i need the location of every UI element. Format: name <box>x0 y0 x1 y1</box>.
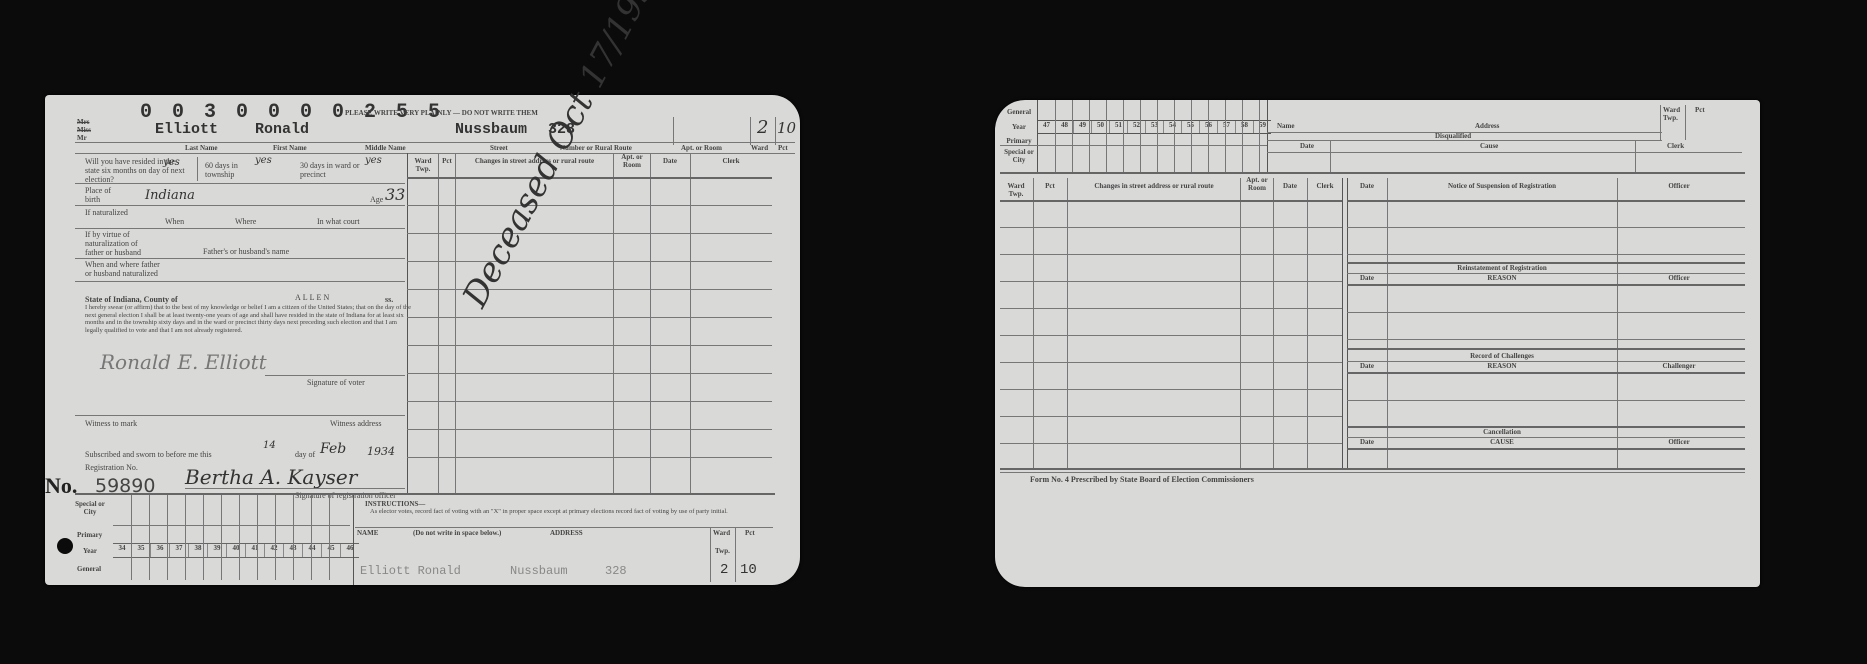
back-label-address: Address <box>1475 122 1499 130</box>
registration-card-front: 0 0 3 0 0 0 0 2 5 5 PLEASE WRITE VERY PL… <box>45 95 800 585</box>
label-when: When <box>165 217 184 226</box>
ward-value: 2 <box>757 117 768 138</box>
label-court: In what court <box>317 217 360 226</box>
front-header-ward-twp: Ward Twp. <box>409 157 437 173</box>
stub-street-value: Nussbaum <box>510 564 568 578</box>
challenges-date-label: Date <box>1349 362 1385 370</box>
label-ss: ss. <box>385 295 393 304</box>
year-cell: 40 <box>227 544 246 557</box>
label-pct: Pct <box>778 144 788 152</box>
label-state-county: State of Indiana, County of <box>85 295 178 304</box>
stub-number-value: 328 <box>605 564 627 578</box>
stub-ward-value: 2 <box>720 562 728 578</box>
first-name-value: Ronald <box>255 121 309 138</box>
age-value: 33 <box>385 185 405 204</box>
back-label-cause: Cause <box>1480 142 1498 150</box>
grid-label-primary: Primary <box>77 531 102 539</box>
oath-text: I hereby swear (or affirm) that to the b… <box>85 304 415 334</box>
stub-label-twp: Twp. <box>715 547 730 555</box>
resided-state-value: yes <box>163 157 180 168</box>
year-cell: 45 <box>322 544 341 557</box>
label-by-virtue: If by virtue of naturalization of father… <box>85 230 155 257</box>
year-cell: 37 <box>170 544 189 557</box>
stub-label-pct: Pct <box>745 529 755 537</box>
back-header-clerk: Clerk <box>1309 182 1341 190</box>
registration-card-back: General Year Primary Special or City 47 … <box>995 100 1760 587</box>
cancellation-date-label: Date <box>1349 438 1385 446</box>
stub-label-ward: Ward <box>713 529 730 537</box>
stub-label-name: NAME <box>357 529 378 537</box>
label-middle-name: Middle Name <box>365 144 406 152</box>
back-grid-label-year: Year <box>1003 123 1035 131</box>
stub-pct-value: 10 <box>740 562 757 578</box>
label-father-name: Father's or husband's name <box>203 247 289 256</box>
days-ward-value: yes <box>365 155 382 166</box>
back-label-ward-twp: Ward Twp. <box>1663 106 1685 122</box>
label-where: Where <box>235 217 256 226</box>
back-header-ward-twp: Ward Twp. <box>1001 182 1031 198</box>
year-cell: 44 <box>303 544 322 557</box>
year-cell: 34 <box>113 544 132 557</box>
back-grid-label-general: General <box>1003 108 1035 116</box>
challenges-reason-label: REASON <box>1389 362 1615 370</box>
grid-label-special: Special or City <box>75 500 105 516</box>
back-label-name: Name <box>1277 122 1295 130</box>
label-signature-voter: Signature of voter <box>307 378 365 387</box>
reinstatement-officer-label: Officer <box>1619 274 1739 282</box>
stub-label-no-write: (Do not write in space below.) <box>413 529 501 537</box>
stub-name-value: Elliott Ronald <box>360 564 461 578</box>
year-cell: 47 <box>1038 121 1056 133</box>
label-witness-address: Witness address <box>330 419 381 428</box>
year-cell: 56 <box>1200 121 1218 133</box>
back-grid-label-primary: Primary <box>1003 137 1035 145</box>
front-header-pct: Pct <box>439 157 455 165</box>
year-cell: 57 <box>1218 121 1236 133</box>
year-cell: 38 <box>189 544 208 557</box>
last-name-value: Elliott <box>155 121 218 138</box>
label-street: Street <box>490 144 508 152</box>
grid-label-year: Year <box>83 547 97 555</box>
year-cell: 50 <box>1092 121 1110 133</box>
sworn-month: Feb <box>320 441 346 457</box>
label-ward: Ward <box>751 144 768 152</box>
street-value: Nussbaum <box>455 121 527 138</box>
salutation-mr: Mr <box>77 134 87 142</box>
front-header-apt: Apt. or Room <box>615 153 649 169</box>
year-cell: 51 <box>1110 121 1128 133</box>
front-header-date: Date <box>651 157 689 165</box>
back-label-disqualified: Disqualified <box>1435 132 1471 140</box>
year-cell: 52 <box>1128 121 1146 133</box>
label-age: Age <box>370 195 383 204</box>
sworn-year: 1934 <box>367 445 395 458</box>
cancellation-officer-label: Officer <box>1619 438 1739 446</box>
label-place-of-birth: Place of birth <box>85 186 125 204</box>
label-registration-no: Registration No. <box>85 463 138 472</box>
reinstatement-date-label: Date <box>1349 274 1385 282</box>
back-header-changes: Changes in street address or rural route <box>1070 182 1238 190</box>
suspension-date-label: Date <box>1349 182 1385 190</box>
registration-prefix: No. <box>45 473 77 499</box>
back-grid-label-special: Special or City <box>1003 148 1035 164</box>
label-when-where-father: When and where father or husband natural… <box>85 260 165 278</box>
year-cell: 41 <box>246 544 265 557</box>
label-witness-mark: Witness to mark <box>85 419 137 428</box>
voter-signature: Ronald E. Elliott <box>100 350 267 374</box>
place-of-birth-value: Indiana <box>145 188 195 203</box>
label-first-name: First Name <box>273 144 307 152</box>
suspension-officer-label: Officer <box>1619 182 1739 190</box>
back-header-pct: Pct <box>1035 182 1065 190</box>
salutation-mrs: Mrs <box>77 118 89 126</box>
back-header-date: Date <box>1275 182 1305 190</box>
label-last-name: Last Name <box>185 144 217 152</box>
punch-hole <box>57 538 73 554</box>
year-cell: 46 <box>341 544 359 557</box>
label-naturalized: If naturalized <box>85 208 135 217</box>
reinstatement-reason-label: REASON <box>1389 274 1615 282</box>
grid-label-general: General <box>77 565 101 573</box>
suspension-title: Notice of Suspension of Registration <box>1389 182 1615 190</box>
officer-signature: Bertha A. Kayser <box>185 465 357 489</box>
cancellation-title: Cancellation <box>1389 428 1615 436</box>
front-header-clerk: Clerk <box>691 157 771 165</box>
label-days-ward: 30 days in ward or precinct <box>300 161 370 179</box>
salutation-miss: Miss <box>77 126 91 134</box>
top-instruction: PLEASE WRITE VERY PLAINLY — DO NOT WRITE… <box>345 109 538 117</box>
label-day-of: day of <box>295 450 315 459</box>
back-header-apt: Apt. or Room <box>1243 176 1271 192</box>
label-subscribed: Subscribed and sworn to before me this <box>85 450 212 459</box>
year-cell: 53 <box>1146 121 1164 133</box>
form-footer: Form No. 4 Prescribed by State Board of … <box>1030 475 1254 484</box>
back-label-pct: Pct <box>1695 106 1705 114</box>
year-cell: 39 <box>208 544 227 557</box>
back-label-date: Date <box>1300 142 1314 150</box>
back-label-clerk: Clerk <box>1667 142 1684 150</box>
county-value: ALLEN <box>295 293 331 302</box>
stub-label-address: ADDRESS <box>550 529 583 537</box>
label-apt: Apt. or Room <box>681 144 722 152</box>
year-cell: 58 <box>1236 121 1254 133</box>
precinct-value: 10 <box>777 119 796 137</box>
reinstatement-title: Reinstatement of Registration <box>1389 264 1615 272</box>
instructions-text: As elector votes, record fact of voting … <box>370 508 755 516</box>
challenges-title: Record of Challenges <box>1389 352 1615 360</box>
year-cell: 54 <box>1164 121 1182 133</box>
sworn-day: 14 <box>263 440 276 451</box>
cancellation-cause-label: CAUSE <box>1389 438 1615 446</box>
days-township-value: yes <box>255 155 272 166</box>
instructions-title: INSTRUCTIONS— <box>365 500 425 508</box>
challenges-challenger-label: Challenger <box>1619 362 1739 370</box>
